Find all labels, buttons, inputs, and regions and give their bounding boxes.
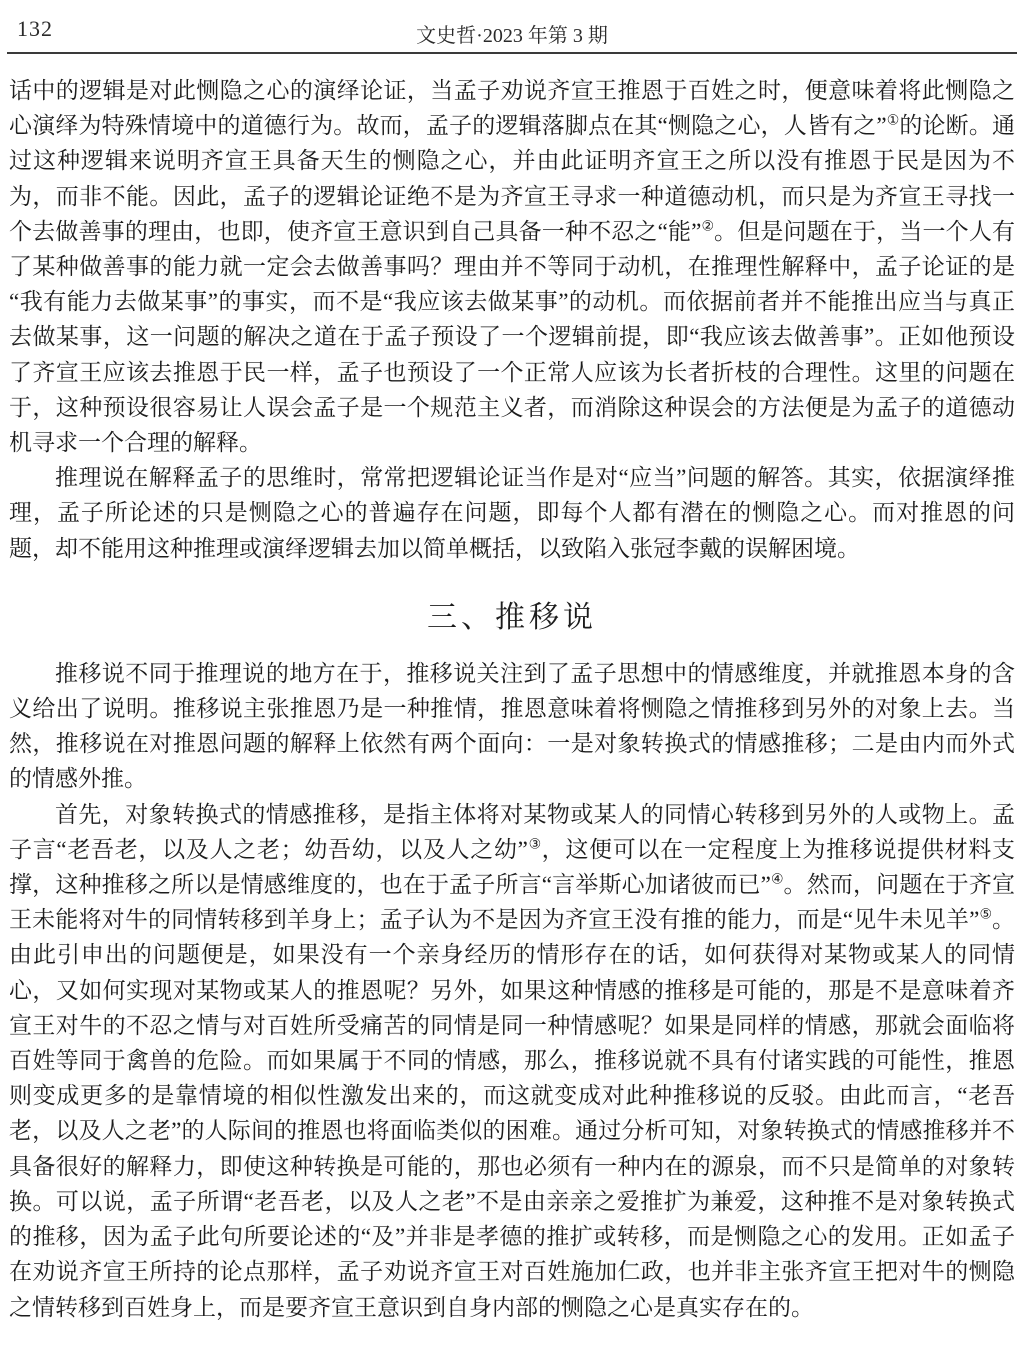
article-body: 话中的逻辑是对此恻隐之心的演绎论证，当孟子劝说齐宣王推恩于百姓之时，便意味着将此… xyxy=(9,73,1015,1325)
header-rule xyxy=(7,52,1017,54)
paragraph-deduction-summary: 推理说在解释孟子的思维时，常常把逻辑论证当作是对“应当”问题的解答。其实，依据演… xyxy=(9,460,1015,566)
paragraph-continuation: 话中的逻辑是对此恻隐之心的演绎论证，当孟子劝说齐宣王推恩于百姓之时，便意味着将此… xyxy=(9,73,1015,460)
journal-page: 132 文史哲·2023 年第 3 期 话中的逻辑是对此恻隐之心的演绎论证，当孟… xyxy=(0,0,1024,1346)
paragraph-transfer-theory-intro: 推移说不同于推理说的地方在于，推移说关注到了孟子思想中的情感维度，并就推恩本身的… xyxy=(9,656,1015,797)
journal-title: 文史哲·2023 年第 3 期 xyxy=(9,19,1015,48)
paragraph-transfer-theory-analysis: 首先，对象转换式的情感推移，是指主体将对某物或某人的同情心转移到另外的人或物上。… xyxy=(9,797,1015,1325)
section-heading: 三、推移说 xyxy=(9,592,1015,636)
running-head: 132 文史哲·2023 年第 3 期 xyxy=(9,12,1015,52)
